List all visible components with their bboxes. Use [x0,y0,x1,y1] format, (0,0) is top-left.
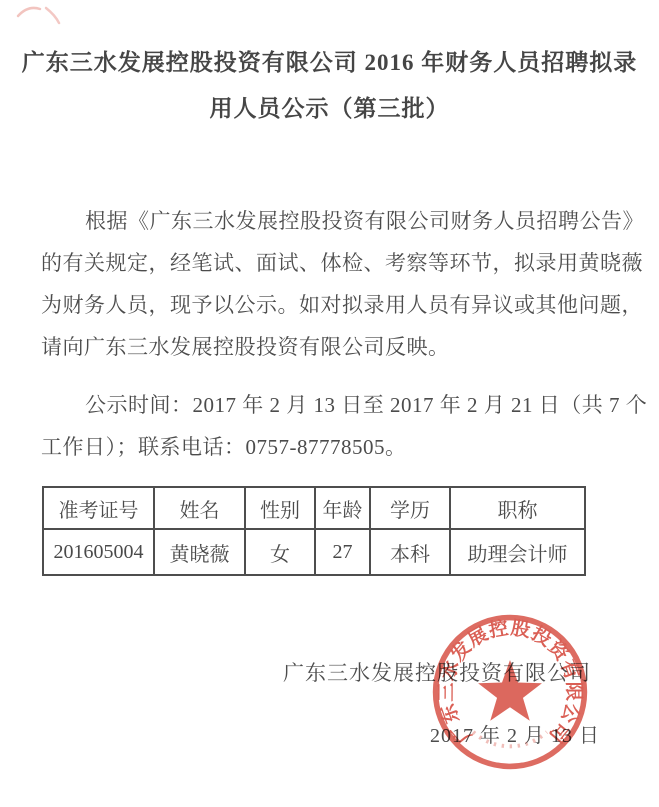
company-signature: 广东三水发展控股投资有限公司 [283,657,591,687]
text-line: 根据《广东三水发展控股投资有限公司财务人员招聘公告》 [41,200,620,242]
cell-name: 黄晓薇 [154,529,245,575]
red-pen-marks-icon [10,0,90,36]
header-education: 学历 [370,487,450,529]
text-line: 为财务人员，现予以公示。如对拟录用人员有异议或其他问题， [41,284,620,326]
text-line: 请向广东三水发展控股投资有限公司反映。 [41,326,620,368]
header-exam-number: 准考证号 [43,487,154,529]
candidate-table: 准考证号 姓名 性别 年龄 学历 职称 201605004 黄晓薇 女 27 本… [42,486,586,576]
cell-education: 本科 [370,529,450,575]
document-date: 2017 年 2 月 13 日 [430,719,600,748]
table-row: 201605004 黄晓薇 女 27 本科 助理会计师 [43,529,585,575]
text-line: 的有关规定，经笔试、面试、体检、考察等环节，拟录用黄晓薇 [41,242,620,284]
table-header-row: 准考证号 姓名 性别 年龄 学历 职称 [43,487,585,529]
body-paragraph-1: 根据《广东三水发展控股投资有限公司财务人员招聘公告》 的有关规定，经笔试、面试、… [41,200,620,368]
announcement-document: 广东三水发展控股投资有限公司 2016 年财务人员招聘拟录 用人员公示（第三批）… [0,0,659,807]
company-seal-icon: 广东三水发展控股投资有限公司 [430,612,590,772]
title-line-1: 广东三水发展控股投资有限公司 2016 年财务人员招聘拟录 [0,40,659,86]
header-name: 姓名 [154,487,245,529]
header-age: 年龄 [315,487,370,529]
cell-title: 助理会计师 [450,529,585,575]
header-title: 职称 [450,487,585,529]
document-title: 广东三水发展控股投资有限公司 2016 年财务人员招聘拟录 用人员公示（第三批） [0,40,659,132]
text-line: 公示时间：2017 年 2 月 13 日至 2017 年 2 月 21 日（共 … [41,384,620,426]
cell-gender: 女 [245,529,315,575]
title-line-2: 用人员公示（第三批） [0,86,659,132]
body-paragraph-2: 公示时间：2017 年 2 月 13 日至 2017 年 2 月 21 日（共 … [41,384,620,468]
text-line: 工作日）；联系电话：0757-87778505。 [41,426,620,468]
header-gender: 性别 [245,487,315,529]
cell-exam-number: 201605004 [43,529,154,575]
cell-age: 27 [315,529,370,575]
